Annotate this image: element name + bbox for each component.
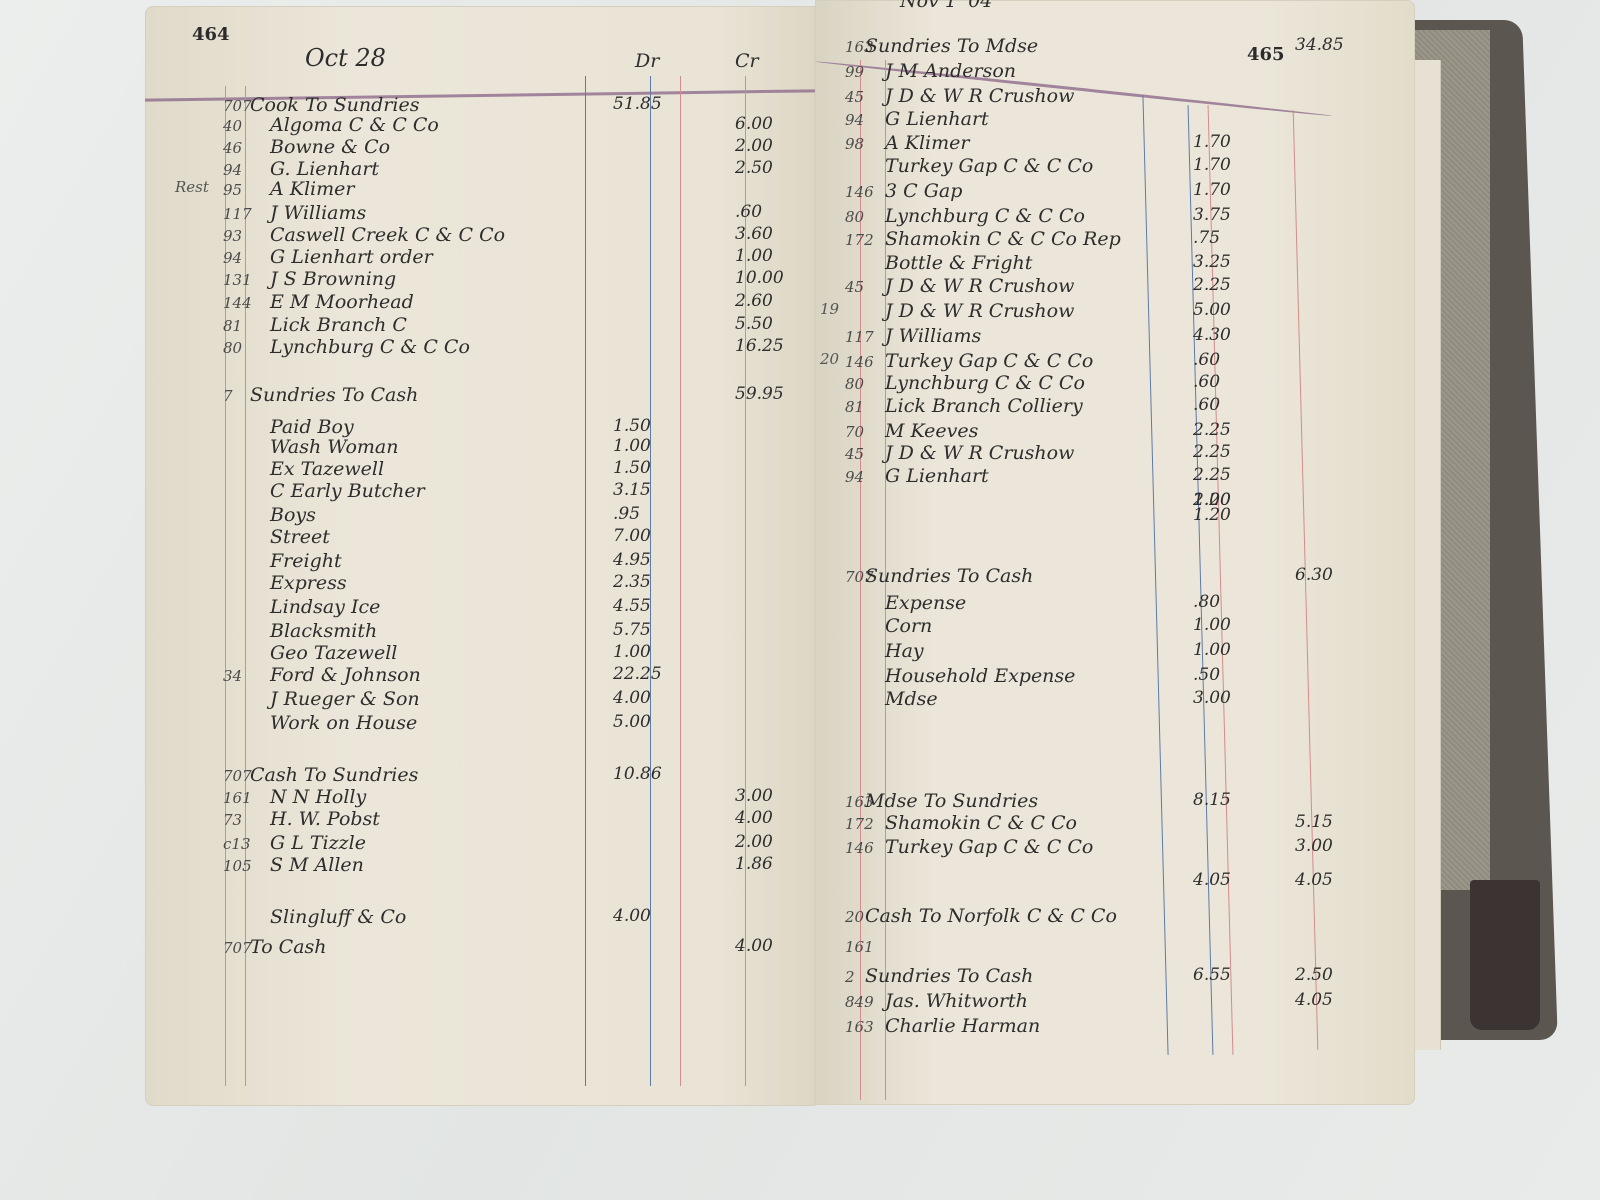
page-number: 465 — [1247, 44, 1285, 65]
folio-ref: 849 — [845, 993, 874, 1011]
book-cover-corner — [1470, 880, 1540, 1030]
entry-description: J D & W R Crushow — [885, 275, 1074, 297]
debit-amount: .60 — [1193, 372, 1220, 392]
debit-amount: 8.15 — [1193, 790, 1231, 810]
debit-amount: 3.00 — [1193, 688, 1231, 708]
debit-amount: 1.00 — [1193, 640, 1231, 660]
entry-description: Paid Boy — [270, 416, 354, 438]
folio-ref: 94 — [845, 111, 864, 129]
entry-description: Lynchburg C & C Co — [885, 205, 1085, 227]
credit-amount: 6.00 — [735, 114, 773, 134]
entry-description: Express — [270, 572, 347, 594]
debit-amount: .50 — [1193, 665, 1220, 685]
entry-description: Wash Woman — [270, 436, 399, 458]
entry-description: G Lienhart order — [270, 246, 433, 268]
debit-amount: 1.70 — [1193, 180, 1231, 200]
entry-description: Work on House — [270, 712, 417, 734]
credit-amount: 5.15 — [1295, 812, 1333, 832]
entry-description: Cash To Norfolk C & C Co — [865, 905, 1117, 927]
column-rule — [1142, 95, 1168, 1055]
folio-ref: 146 — [845, 183, 874, 201]
debit-amount: 1.20 — [1193, 490, 1231, 510]
folio-ref: 707 — [223, 97, 252, 115]
debit-amount: 1.70 — [1193, 132, 1231, 152]
entry-description: J S Browning — [270, 268, 396, 290]
debit-amount: 10.86 — [613, 764, 662, 784]
folio-ref: 163 — [845, 1018, 874, 1036]
folio-ref: 99 — [845, 63, 864, 81]
debit-amount: 1.50 — [613, 458, 651, 478]
debit-amount: 4.95 — [613, 550, 651, 570]
folio-ref: 40 — [223, 117, 242, 135]
folio-ref: c13 — [223, 835, 251, 853]
folio-ref: 34 — [223, 667, 242, 685]
credit-amount: 2.00 — [735, 136, 773, 156]
folio-ref: 94 — [223, 249, 242, 267]
entry-description: J Williams — [885, 325, 981, 347]
credit-amount: 1.00 — [735, 246, 773, 266]
debit-amount: 4.05 — [1193, 870, 1231, 890]
debit-amount: 5.00 — [1193, 300, 1231, 320]
folio-ref: 161 — [223, 789, 252, 807]
credit-amount: 59.95 — [735, 384, 784, 404]
date-header: Oct 28 — [305, 44, 386, 72]
entry-description: Cash To Sundries — [250, 764, 418, 786]
debit-amount: 5.75 — [613, 620, 651, 640]
entry-description: Sundries To Cash — [865, 565, 1033, 587]
folio-ref: 105 — [223, 857, 252, 875]
debit-amount: 22.25 — [613, 664, 662, 684]
credit-amount: 2.50 — [1295, 965, 1333, 985]
entry-description: Mdse To Sundries — [865, 790, 1038, 812]
entry-description: Turkey Gap C & C Co — [885, 350, 1093, 372]
entry-description: G Lienhart — [885, 108, 989, 130]
folio-ref: 172 — [845, 815, 874, 833]
folio-ref: 144 — [223, 294, 252, 312]
entry-description: J Williams — [270, 202, 366, 224]
credit-amount: 3.00 — [1295, 836, 1333, 856]
debit-amount: 2.35 — [613, 572, 651, 592]
entry-description: G L Tizzle — [270, 832, 366, 854]
folio-ref: 7 — [223, 387, 233, 405]
entry-description: A Klimer — [270, 178, 354, 200]
debit-amount: .95 — [613, 504, 640, 524]
folio-ref: 2 — [845, 968, 855, 986]
entry-description: Hay — [885, 640, 924, 662]
entry-description: Lick Branch C — [270, 314, 407, 336]
column-rule — [585, 76, 586, 1086]
credit-amount: 4.00 — [735, 808, 773, 828]
folio-ref: 707 — [223, 767, 252, 785]
entry-description: Charlie Harman — [885, 1015, 1040, 1037]
folio-ref: 73 — [223, 811, 242, 829]
credit-amount: 2.50 — [735, 158, 773, 178]
folio-ref: 95 — [223, 181, 242, 199]
entry-description: Slingluff & Co — [270, 906, 406, 928]
margin-note: Rest — [175, 178, 209, 196]
debit-amount: 2.25 — [1193, 420, 1231, 440]
folio-ref: 98 — [845, 135, 864, 153]
margin-note: 19 — [820, 300, 839, 318]
entry-description: Ford & Johnson — [270, 664, 421, 686]
debit-amount: 5.00 — [613, 712, 651, 732]
entry-description: Geo Tazewell — [270, 642, 397, 664]
margin-note: 20 — [820, 350, 839, 368]
entry-description: J Rueger & Son — [270, 688, 420, 710]
credit-amount: 5.50 — [735, 314, 773, 334]
folio-ref: 70 — [845, 423, 864, 441]
folio-ref: 45 — [845, 278, 864, 296]
entry-description: Freight — [270, 550, 342, 572]
folio-ref: 707 — [223, 939, 252, 957]
entry-description: Bottle & Fright — [885, 252, 1032, 274]
folio-ref: 80 — [845, 208, 864, 226]
entry-description: Turkey Gap C & C Co — [885, 155, 1093, 177]
folio-ref: 20 — [845, 908, 864, 926]
entry-description: Algoma C & C Co — [270, 114, 439, 136]
entry-description: Household Expense — [885, 665, 1075, 687]
entry-description: Bowne & Co — [270, 136, 390, 158]
folio-ref: 81 — [223, 317, 242, 335]
entry-description: Sundries To Cash — [865, 965, 1033, 987]
entry-description: Expense — [885, 592, 966, 614]
debit-amount: 2.25 — [1193, 442, 1231, 462]
entry-description: S M Allen — [270, 854, 364, 876]
credit-amount: 34.85 — [1295, 35, 1344, 55]
entry-description: Turkey Gap C & C Co — [885, 836, 1093, 858]
entry-description: J M Anderson — [885, 60, 1016, 82]
entry-description: Jas. Whitworth — [885, 990, 1028, 1012]
credit-amount: 4.00 — [735, 936, 773, 956]
entry-description: A Klimer — [885, 132, 969, 154]
entry-description: E M Moorhead — [270, 291, 414, 313]
ledger-page-left: 464 Oct 28 Dr Cr 707Cook To Sundries51.8… — [145, 6, 815, 1106]
folio-ref: 80 — [845, 375, 864, 393]
entry-description: G. Lienhart — [270, 158, 379, 180]
page-number: 464 — [192, 24, 230, 45]
debit-amount: 4.00 — [613, 906, 651, 926]
debit-amount: 4.55 — [613, 596, 651, 616]
credit-amount: 4.05 — [1295, 870, 1333, 890]
credit-amount: 3.00 — [735, 786, 773, 806]
credit-amount: 3.60 — [735, 224, 773, 244]
entry-description: J D & W R Crushow — [885, 300, 1074, 322]
folio-ref: 93 — [223, 227, 242, 245]
entry-description: J D & W R Crushow — [885, 85, 1074, 107]
entry-description: Lick Branch Colliery — [885, 395, 1083, 417]
entry-description: Lynchburg C & C Co — [885, 372, 1085, 394]
debit-amount: 7.00 — [613, 526, 651, 546]
debit-amount: 3.25 — [1193, 252, 1231, 272]
entry-description: Sundries To Cash — [250, 384, 418, 406]
folio-ref: 80 — [223, 339, 242, 357]
folio-ref: 117 — [223, 205, 252, 223]
debit-amount: 3.15 — [613, 480, 651, 500]
debit-amount: .80 — [1193, 592, 1220, 612]
folio-ref: 172 — [845, 231, 874, 249]
credit-amount: 6.30 — [1295, 565, 1333, 585]
entry-description: To Cash — [250, 936, 327, 958]
debit-amount: 3.75 — [1193, 205, 1231, 225]
folio-ref: 161 — [845, 938, 874, 956]
debit-amount: 1.50 — [613, 416, 651, 436]
debit-amount: 1.00 — [1193, 615, 1231, 635]
debit-amount: .60 — [1193, 350, 1220, 370]
folio-ref: 45 — [845, 445, 864, 463]
folio-ref: 146 — [845, 839, 874, 857]
entry-description: Street — [270, 526, 330, 548]
entry-description: Shamokin C & C Co Rep — [885, 228, 1121, 250]
folio-ref: 45 — [845, 88, 864, 106]
credit-amount: 16.25 — [735, 336, 784, 356]
entry-description: Lindsay Ice — [270, 596, 380, 618]
entry-description: Cook To Sundries — [250, 94, 419, 116]
debit-amount: .60 — [1193, 395, 1220, 415]
folio-ref: 81 — [845, 398, 864, 416]
entry-description: H. W. Pobst — [270, 808, 380, 830]
entry-description: Blacksmith — [270, 620, 377, 642]
debit-amount: 4.30 — [1193, 325, 1231, 345]
entry-description: G Lienhart — [885, 465, 989, 487]
debit-amount: 1.70 — [1193, 155, 1231, 175]
debit-amount: 51.85 — [613, 94, 662, 114]
entry-description: Caswell Creek C & C Co — [270, 224, 505, 246]
folio-ref: 94 — [223, 161, 242, 179]
entry-description: N N Holly — [270, 786, 366, 808]
entry-description: 3 C Gap — [885, 180, 962, 202]
debit-column-header: Dr — [635, 50, 659, 72]
debit-amount: 4.00 — [613, 688, 651, 708]
column-rule — [680, 76, 681, 1086]
debit-amount: .75 — [1193, 228, 1220, 248]
entry-description: Sundries To Mdse — [865, 35, 1038, 57]
entry-description: Ex Tazewell — [270, 458, 384, 480]
debit-amount: 1.00 — [613, 436, 651, 456]
credit-amount: 1.86 — [735, 854, 773, 874]
folio-ref: 131 — [223, 271, 252, 289]
debit-amount: 1.00 — [613, 642, 651, 662]
date-header: Nov 1 '04 — [900, 0, 992, 12]
ledger-page-right: 465 Nov 1 '04 163Sundries To Mdse34.8599… — [815, 0, 1415, 1105]
credit-amount: 10.00 — [735, 268, 784, 288]
debit-amount: 2.25 — [1193, 275, 1231, 295]
folio-ref: 46 — [223, 139, 242, 157]
folio-ref: 94 — [845, 468, 864, 486]
entry-description: J D & W R Crushow — [885, 442, 1074, 464]
credit-amount: 2.60 — [735, 291, 773, 311]
credit-amount: 2.00 — [735, 832, 773, 852]
entry-description: Corn — [885, 615, 932, 637]
credit-amount: .60 — [735, 202, 762, 222]
entry-description: C Early Butcher — [270, 480, 425, 502]
credit-amount: 4.05 — [1295, 990, 1333, 1010]
debit-amount: 6.55 — [1193, 965, 1231, 985]
entry-description: Boys — [270, 504, 316, 526]
debit-amount: 2.25 — [1193, 465, 1231, 485]
entry-description: Shamokin C & C Co — [885, 812, 1077, 834]
folio-ref: 146 — [845, 353, 874, 371]
credit-column-header: Cr — [735, 50, 759, 72]
entry-description: Mdse — [885, 688, 938, 710]
entry-description: M Keeves — [885, 420, 978, 442]
folio-ref: 117 — [845, 328, 874, 346]
entry-description: Lynchburg C & C Co — [270, 336, 470, 358]
margin-rule — [245, 86, 246, 1086]
